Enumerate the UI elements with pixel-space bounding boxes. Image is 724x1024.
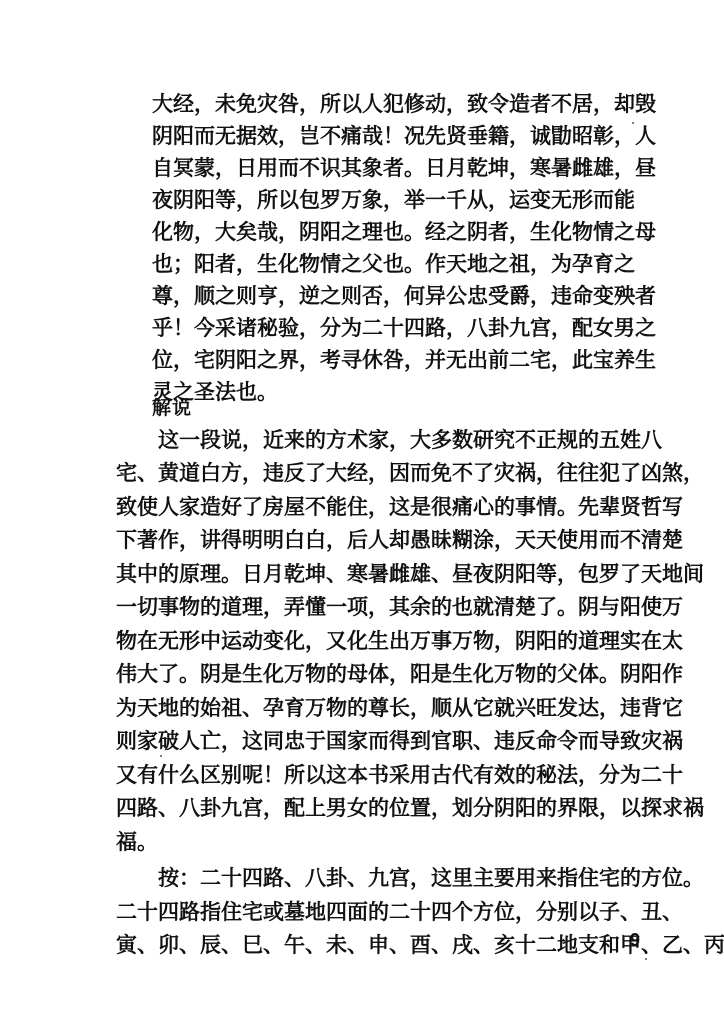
glyph: 划 (452, 796, 473, 820)
glyph: ， (551, 348, 572, 372)
glyph: 四 (431, 900, 452, 924)
glyph: 用 (515, 866, 536, 890)
glyph: 界 (278, 348, 299, 372)
glyph: 公 (446, 284, 467, 308)
glyph: 后 (347, 528, 368, 552)
glyph: 发 (557, 696, 578, 720)
glyph: 弄 (284, 595, 305, 619)
scan-speck (645, 958, 647, 960)
glyph: 宝 (593, 348, 614, 372)
glyph: 就 (473, 595, 494, 619)
glyph: 圣 (194, 380, 215, 404)
glyph: 阴 (299, 220, 320, 244)
glyph: ， (446, 316, 467, 340)
glyph: 万 (284, 662, 305, 686)
glyph: 愚 (410, 528, 431, 552)
glyph: 明 (263, 528, 284, 552)
glyph: 、 (641, 933, 662, 957)
original-text-line: 化物，大矣哉，阴阳之理也。经之阴者，生化物情之母 (152, 220, 614, 244)
glyph: 以 (578, 900, 599, 924)
glyph: 主 (473, 866, 494, 890)
glyph: 大 (152, 92, 173, 116)
glyph: 化 (152, 220, 173, 244)
glyph: 位 (152, 348, 173, 372)
glyph: 路 (179, 900, 200, 924)
glyph: 。 (404, 220, 425, 244)
glyph: 什 (158, 763, 179, 787)
glyph: 八 (179, 796, 200, 820)
glyph: 在 (641, 629, 662, 653)
glyph: 清 (494, 595, 515, 619)
glyph: 术 (347, 428, 368, 452)
glyph: 黄 (158, 461, 179, 485)
glyph: 生 (452, 662, 473, 686)
glyph: 国 (326, 729, 347, 753)
glyph: 二 (389, 900, 410, 924)
glyph: 了 (473, 461, 494, 485)
glyph: 雌 (389, 562, 410, 586)
glyph: 伟 (116, 662, 137, 686)
glyph: 家 (137, 729, 158, 753)
glyph: 。 (257, 380, 278, 404)
glyph: 的 (200, 595, 221, 619)
glyph: 寅 (116, 933, 137, 957)
glyph: 也 (452, 595, 473, 619)
glyph: 道 (179, 461, 200, 485)
glyph: 住 (347, 495, 368, 519)
glyph: 阴 (620, 662, 641, 686)
glyph: ， (368, 595, 389, 619)
glyph: 坤 (305, 562, 326, 586)
glyph: 法 (557, 763, 578, 787)
glyph: 不 (452, 461, 473, 485)
glyph: 十 (383, 316, 404, 340)
glyph: 使 (557, 528, 578, 552)
glyph: 大 (326, 461, 347, 485)
glyph: ， (236, 188, 257, 212)
glyph: 象 (362, 188, 383, 212)
glyph: 。 (137, 830, 158, 854)
glyph: 祸 (683, 796, 704, 820)
glyph: 不 (305, 495, 326, 519)
glyph: 、 (620, 900, 641, 924)
glyph: 事 (158, 595, 179, 619)
glyph: 雄 (593, 156, 614, 180)
glyph: 白 (200, 461, 221, 485)
glyph: 者 (488, 220, 509, 244)
glyph: 月 (446, 156, 467, 180)
glyph: 讲 (200, 528, 221, 552)
glyph: 包 (299, 188, 320, 212)
glyph: 阴 (152, 124, 173, 148)
glyph: 形 (572, 188, 593, 212)
glyph: ， (557, 562, 578, 586)
glyph: 举 (404, 188, 425, 212)
glyph: 物 (326, 696, 347, 720)
glyph: 以 (278, 188, 299, 212)
glyph: ， (305, 629, 326, 653)
glyph: 采 (389, 763, 410, 787)
glyph: 乎 (152, 316, 173, 340)
glyph: 理 (362, 220, 383, 244)
glyph: ， (530, 252, 551, 276)
glyph: 这 (389, 495, 410, 519)
glyph: 的 (557, 629, 578, 653)
glyph: 万 (494, 662, 515, 686)
glyph: 间 (683, 562, 704, 586)
glyph: 为 (620, 763, 641, 787)
glyph: 之 (614, 252, 635, 276)
glyph: 中 (137, 562, 158, 586)
commentary-line: 四路、八卦九宫，配上男女的位置，划分阴阳的界限，以探求祸 (116, 796, 658, 820)
glyph: 职 (452, 729, 473, 753)
glyph: 里 (452, 866, 473, 890)
glyph: 天 (536, 528, 557, 552)
glyph: 反 (284, 461, 305, 485)
glyph: 亥 (494, 933, 515, 957)
glyph: 情 (593, 220, 614, 244)
glyph: 、 (137, 461, 158, 485)
glyph: 亨 (257, 284, 278, 308)
glyph: 的 (536, 662, 557, 686)
glyph: 阴 (173, 188, 194, 212)
glyph: 研 (473, 428, 494, 452)
glyph: 并 (425, 348, 446, 372)
commentary-line: 则家破人亡，这同忠于国家而得到官职、违反命令而导致灾祸 (116, 729, 658, 753)
glyph: 孕 (572, 252, 593, 276)
glyph: 丙 (704, 933, 724, 957)
glyph: 支 (578, 933, 599, 957)
glyph: 原 (179, 562, 200, 586)
glyph: 生 (257, 252, 278, 276)
glyph: 旺 (536, 696, 557, 720)
glyph: 逆 (299, 284, 320, 308)
glyph: 之 (488, 252, 509, 276)
glyph: 代 (452, 763, 473, 787)
original-text-line: 自冥蒙，日用而不识其象者。日月乾坤，寒暑雌雄，昼 (152, 156, 614, 180)
glyph: 屋 (284, 495, 305, 519)
glyph: 宅 (530, 348, 551, 372)
glyph: 卦 (488, 316, 509, 340)
glyph: 配 (572, 316, 593, 340)
glyph: ， (683, 461, 704, 485)
glyph: 按 (158, 866, 179, 890)
glyph: 长 (389, 696, 410, 720)
glyph: 始 (200, 696, 221, 720)
glyph: 则 (341, 284, 362, 308)
glyph: ， (299, 316, 320, 340)
commentary-line: 伟大了。阴是生化万物的母体，阳是生化万物的父体。阴阳作 (116, 662, 658, 686)
glyph: 事 (431, 629, 452, 653)
glyph: 诚 (530, 124, 551, 148)
glyph: 昼 (635, 156, 656, 180)
glyph: 阴 (494, 796, 515, 820)
glyph: ， (299, 348, 320, 372)
glyph: 九 (509, 316, 530, 340)
glyph: 这 (158, 428, 179, 452)
glyph: 父 (557, 662, 578, 686)
glyph: 法 (215, 380, 236, 404)
glyph: 祸 (515, 461, 536, 485)
glyph: 二 (536, 933, 557, 957)
glyph: 二 (200, 866, 221, 890)
glyph: 指 (200, 900, 221, 924)
glyph: 用 (578, 528, 599, 552)
glyph: 男 (614, 316, 635, 340)
glyph: 乾 (284, 562, 305, 586)
glyph: 导 (599, 729, 620, 753)
glyph: 爵 (509, 284, 530, 308)
glyph: 不 (620, 528, 641, 552)
glyph: 规 (557, 428, 578, 452)
glyph: 住 (578, 866, 599, 890)
glyph: 哉 (257, 220, 278, 244)
glyph: ， (179, 528, 200, 552)
glyph: 多 (431, 428, 452, 452)
glyph: 之 (320, 284, 341, 308)
glyph: 十 (137, 900, 158, 924)
glyph: 得 (389, 729, 410, 753)
glyph: 未 (326, 933, 347, 957)
glyph: ， (614, 124, 635, 148)
glyph: 哲 (641, 495, 662, 519)
glyph: 路 (425, 316, 446, 340)
glyph: 辈 (599, 495, 620, 519)
glyph: 之 (446, 220, 467, 244)
glyph: 变 (530, 188, 551, 212)
glyph: 是 (221, 662, 242, 686)
glyph: 阴 (515, 629, 536, 653)
glyph: 位 (662, 866, 683, 890)
glyph: 日 (425, 156, 446, 180)
glyph: ， (389, 428, 410, 452)
glyph: 于 (305, 729, 326, 753)
glyph: 本 (347, 763, 368, 787)
glyph: 忠 (467, 284, 488, 308)
glyph: 阳 (194, 188, 215, 212)
glyph: 所 (257, 188, 278, 212)
glyph: 四 (242, 866, 263, 890)
glyph: 育 (284, 696, 305, 720)
glyph: ， (593, 92, 614, 116)
glyph: 之 (614, 220, 635, 244)
glyph: 。 (557, 495, 578, 519)
glyph: 余 (410, 595, 431, 619)
glyph: 出 (467, 348, 488, 372)
glyph: 而 (368, 729, 389, 753)
glyph: ！ (263, 763, 284, 787)
original-text-line: 大经，未免灾咎，所以人犯修动，致令造者不居，却毁 (152, 92, 614, 116)
glyph: 清 (641, 528, 662, 552)
glyph: ， (242, 428, 263, 452)
glyph: 昧 (431, 528, 452, 552)
glyph: 夜 (152, 188, 173, 212)
glyph: 往 (557, 461, 578, 485)
glyph: 四 (158, 900, 179, 924)
commentary-line: 其中的原理。日月乾坤、寒暑雌雄、昼夜阴阳等，包罗了天地间 (116, 562, 658, 586)
glyph: 违 (620, 696, 641, 720)
glyph: 体 (578, 662, 599, 686)
glyph: 一 (179, 428, 200, 452)
glyph: 女 (347, 796, 368, 820)
glyph: 物 (179, 595, 200, 619)
glyph: 的 (515, 763, 536, 787)
scan-speck (425, 228, 427, 230)
glyph: 验 (278, 316, 299, 340)
glyph: 贤 (446, 124, 467, 148)
glyph: ， (431, 796, 452, 820)
glyph: 命 (572, 284, 593, 308)
glyph: 、 (473, 933, 494, 957)
glyph: 为 (341, 316, 362, 340)
glyph: 二 (641, 763, 662, 787)
glyph: ， (578, 763, 599, 787)
glyph: 、 (389, 933, 410, 957)
glyph: 方 (326, 428, 347, 452)
glyph: 好 (221, 495, 242, 519)
glyph: ， (494, 629, 515, 653)
glyph: 为 (116, 696, 137, 720)
glyph: 用 (257, 156, 278, 180)
glyph: 的 (494, 495, 515, 519)
glyph: 祖 (221, 696, 242, 720)
glyph: 界 (557, 796, 578, 820)
glyph: 而 (599, 528, 620, 552)
glyph: 考 (320, 348, 341, 372)
glyph: 化 (551, 220, 572, 244)
glyph: 家 (347, 729, 368, 753)
glyph: 物 (515, 662, 536, 686)
glyph: 不 (551, 92, 572, 116)
glyph: 方 (473, 900, 494, 924)
glyph: 罗 (599, 562, 620, 586)
glyph: 、 (347, 933, 368, 957)
glyph: 形 (179, 629, 200, 653)
glyph: 阴 (215, 348, 236, 372)
glyph: 的 (431, 595, 452, 619)
glyph: 母 (635, 220, 656, 244)
commentary-line: 一切事物的道理，弄懂一项，其余的也就清楚了。阴与阳使万 (116, 595, 658, 619)
glyph: 它 (473, 696, 494, 720)
glyph: 以 (305, 763, 326, 787)
glyph: 切 (137, 595, 158, 619)
glyph: 求 (662, 796, 683, 820)
glyph: ， (389, 662, 410, 686)
glyph: 前 (488, 348, 509, 372)
glyph: 不 (515, 428, 536, 452)
glyph: 致 (620, 729, 641, 753)
glyph: ， (215, 156, 236, 180)
glyph: 这 (431, 866, 452, 890)
glyph: 官 (431, 729, 452, 753)
glyph: 书 (368, 763, 389, 787)
glyph: 今 (194, 316, 215, 340)
glyph: 的 (578, 428, 599, 452)
glyph: 顺 (431, 696, 452, 720)
glyph: 懂 (305, 595, 326, 619)
glyph: 、 (137, 933, 158, 957)
glyph: 而 (578, 729, 599, 753)
glyph: 而 (194, 124, 215, 148)
glyph: 为 (551, 252, 572, 276)
glyph: 理 (242, 595, 263, 619)
glyph: 包 (578, 562, 599, 586)
glyph: 物 (299, 252, 320, 276)
glyph: ， (278, 124, 299, 148)
glyph: 以 (341, 92, 362, 116)
glyph: 寒 (347, 562, 368, 586)
glyph: 男 (326, 796, 347, 820)
glyph: 和 (599, 933, 620, 957)
glyph: ， (383, 284, 404, 308)
glyph: 也 (152, 252, 173, 276)
glyph: 之 (257, 348, 278, 372)
glyph: 、 (683, 933, 704, 957)
glyph: 在 (137, 629, 158, 653)
glyph: 则 (116, 729, 137, 753)
glyph: 就 (494, 696, 515, 720)
glyph: 著 (137, 528, 158, 552)
glyph: 象 (362, 156, 383, 180)
glyph: 使 (641, 595, 662, 619)
glyph: 从 (467, 188, 488, 212)
glyph: 、 (242, 696, 263, 720)
glyph: 楚 (515, 595, 536, 619)
glyph: 往 (578, 461, 599, 485)
glyph: 者 (383, 156, 404, 180)
glyph: 勖 (551, 124, 572, 148)
glyph: 呢 (242, 763, 263, 787)
glyph: 。 (599, 662, 620, 686)
glyph: 八 (641, 428, 662, 452)
glyph: 的 (368, 796, 389, 820)
glyph: 宫 (389, 866, 410, 890)
glyph: ， (263, 796, 284, 820)
glyph: 阳 (173, 124, 194, 148)
glyph: 灾 (257, 92, 278, 116)
glyph: 阴 (494, 562, 515, 586)
glyph: 先 (578, 495, 599, 519)
glyph: 四 (404, 316, 425, 340)
glyph: 之 (341, 252, 362, 276)
glyph: ， (509, 220, 530, 244)
glyph: 物 (116, 629, 137, 653)
glyph: 、 (326, 562, 347, 586)
glyph: 又 (116, 763, 137, 787)
glyph: 十 (515, 933, 536, 957)
glyph: 无 (215, 124, 236, 148)
glyph: 而 (593, 188, 614, 212)
glyph: 者 (215, 252, 236, 276)
glyph: ， (599, 696, 620, 720)
glyph: ， (299, 92, 320, 116)
glyph: 无 (446, 348, 467, 372)
glyph: 经 (173, 92, 194, 116)
glyph: 贤 (620, 495, 641, 519)
glyph: 籍 (488, 124, 509, 148)
glyph: 令 (557, 729, 578, 753)
glyph: 物 (572, 220, 593, 244)
glyph: 煞 (662, 461, 683, 485)
glyph: 致 (116, 495, 137, 519)
glyph: 十 (410, 900, 431, 924)
glyph: 路 (137, 796, 158, 820)
glyph: 大 (410, 428, 431, 452)
glyph: 究 (494, 428, 515, 452)
glyph: 分 (599, 763, 620, 787)
glyph: ， (194, 92, 215, 116)
glyph: 免 (236, 92, 257, 116)
